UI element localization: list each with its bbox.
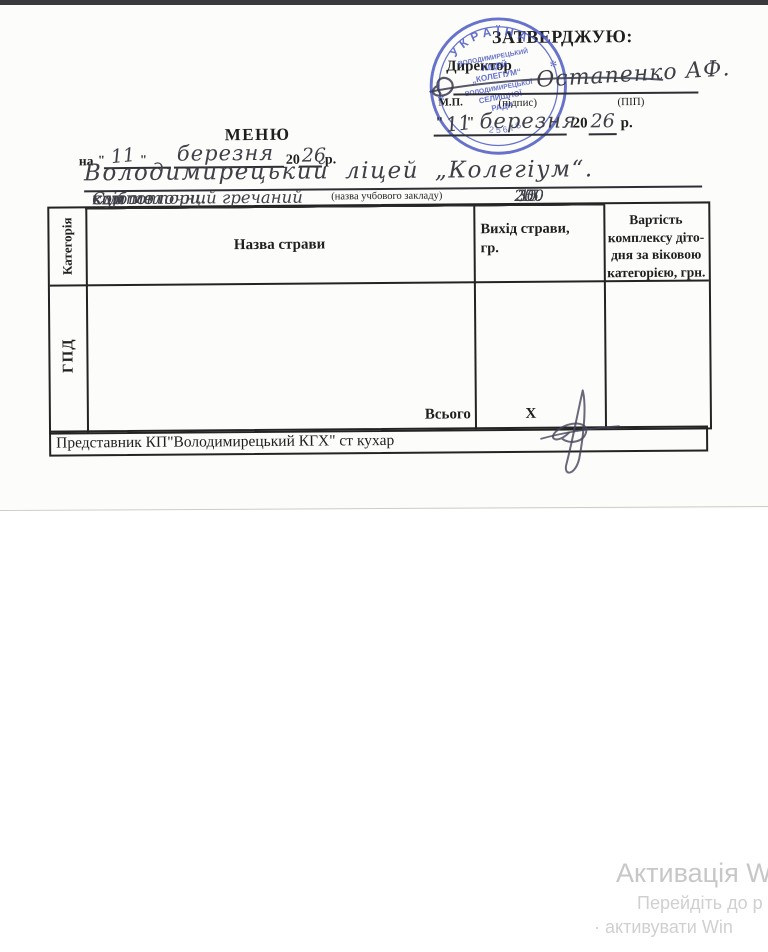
table-total-row: Всього X [87, 404, 606, 428]
school-name-caption: (назва учбового закладу) [331, 191, 442, 203]
approval-date-year-handwritten: 26 [591, 110, 615, 132]
col-header-dish: Назва страви [85, 205, 474, 284]
windows-activation-watermark-line3: · активувати Win [594, 917, 733, 938]
cook-signature-squiggle [535, 388, 626, 477]
approval-date-year-underline [589, 133, 617, 135]
approval-date-year-prefix: 20 [573, 115, 588, 132]
category-cell-gpd: ГПД [50, 284, 87, 426]
col-header-category-label: Категорія [59, 218, 75, 276]
dish-cell-handwritten: хліб [92, 189, 127, 208]
total-label-cell: Всього [87, 406, 471, 426]
representative-text: Представник КП"Володимирецький КГХ" ст к… [56, 432, 394, 453]
col-header-output: Вихід страви, гр. [473, 204, 604, 281]
category-value-label: ГПД [60, 338, 77, 373]
col-header-cost: Вартість комплексу діто- дня за віковою … [603, 203, 709, 280]
name-caption: (ПІП) [617, 96, 644, 108]
windows-activation-watermark-line1: Активація W [616, 858, 768, 889]
seal-mark-label: М.П. [438, 96, 463, 108]
approval-date-suffix: р. [621, 115, 633, 132]
approval-date-month-handwritten: березня [480, 108, 577, 133]
approval-date-close-quote: " [467, 115, 475, 131]
signature-caption: (підпис) [498, 97, 537, 109]
windows-activation-watermark-line2: Перейдіть до р [637, 893, 763, 914]
output-cell-handwritten [475, 204, 583, 205]
document-sheet: ЗАТВЕРДЖУЮ: Директор УКРАЇНА 25678 ✻ ✻ В… [0, 0, 768, 523]
output-cell-handwritten: 30. [475, 186, 583, 205]
col-header-category: Категорія [49, 208, 86, 284]
scanned-menu-document-page: { "approval": { "title": "ЗАТВЕРДЖУЮ:", … [0, 0, 768, 952]
school-name-handwritten: Володимирецький ліцей „Колегіум“. [84, 156, 594, 186]
approval-date-open-quote: " [436, 116, 444, 132]
